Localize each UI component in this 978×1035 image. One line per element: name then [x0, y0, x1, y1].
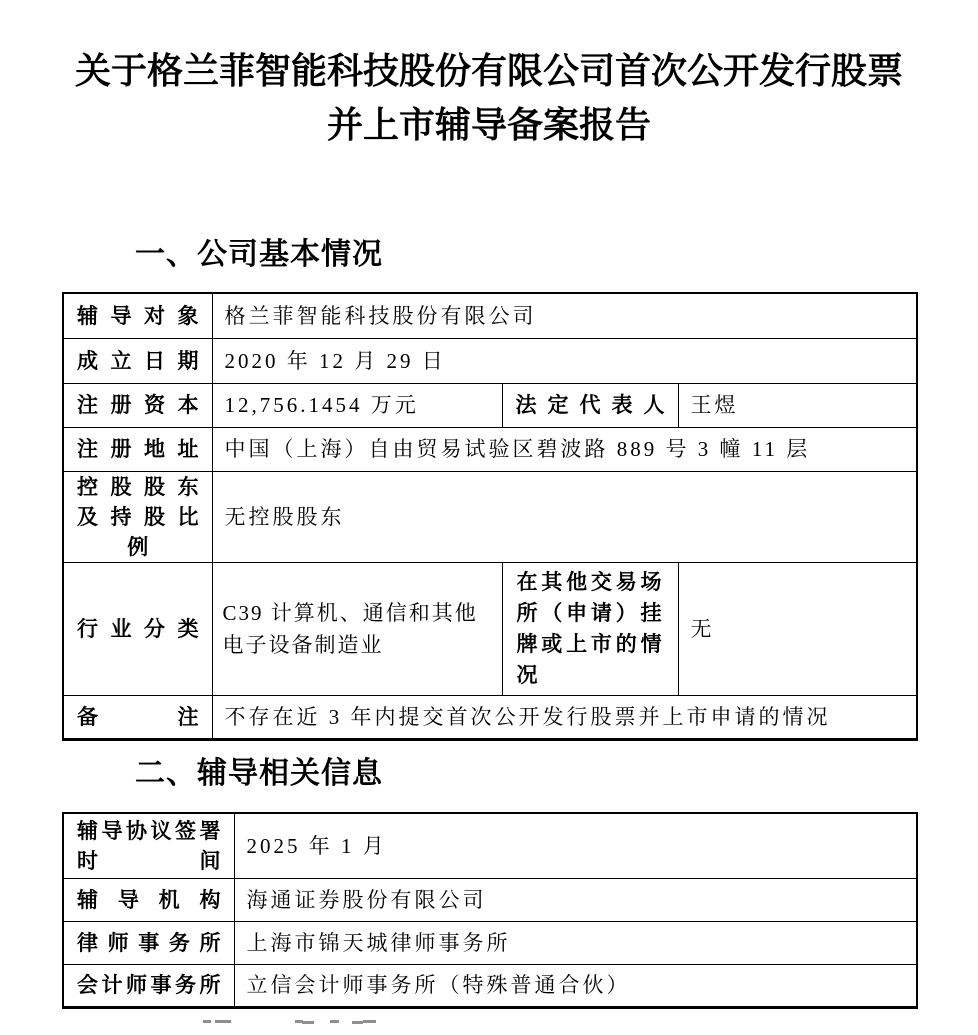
table-row-accounting-firm: 会计师事务所 立信会计师事务所（特殊普通合伙）	[63, 964, 917, 1007]
cell-value-remark: 不存在近 3 年内提交首次公开发行股票并上市申请的情况	[212, 695, 917, 739]
cell-value-counseling-target: 格兰菲智能科技股份有限公司	[212, 293, 917, 338]
label-text-line3: 例	[77, 532, 199, 562]
label-text-line2: 及持股比	[77, 502, 199, 532]
cell-value-other-listing: 无	[678, 562, 917, 695]
table-row-registered-address: 注册地址 中国（上海）自由贸易试验区碧波路 889 号 3 幢 11 层	[63, 427, 917, 471]
cell-label-industry: 行业分类	[63, 562, 212, 695]
cell-value-counseling-institution: 海通证券股份有限公司	[234, 878, 917, 921]
table-row-remark: 备注 不存在近 3 年内提交首次公开发行股票并上市申请的情况	[63, 695, 917, 739]
cutoff-text-fragment	[203, 1020, 211, 1023]
cell-label-counseling-institution: 辅导机构	[63, 878, 234, 921]
table-row-registered-capital: 注册资本 12,756.1454 万元 法定代表人 王煜	[63, 383, 917, 427]
cell-value-registered-capital: 12,756.1454 万元	[212, 383, 502, 427]
table-row-industry: 行业分类 C39 计算机、通信和其他电子设备制造业 在其他交易场所（申请）挂牌或…	[63, 562, 917, 695]
cell-label-registered-capital: 注册资本	[63, 383, 212, 427]
section2-heading: 二、辅导相关信息	[135, 757, 383, 791]
counseling-info-table: 辅导协议签署 时间 2025 年 1 月 辅导机构 海通证券股份有限公司 律师事…	[62, 812, 918, 1009]
cutoff-text-fragment	[330, 1020, 339, 1023]
label-text: 辅导对象	[77, 301, 199, 331]
cell-value-law-firm: 上海市锦天城律师事务所	[234, 921, 917, 964]
cutoff-text-fragment	[302, 1021, 314, 1024]
company-info-table: 辅导对象 格兰菲智能科技股份有限公司 成立日期 2020 年 12 月 29 日…	[62, 292, 918, 741]
cell-value-registered-address: 中国（上海）自由贸易试验区碧波路 889 号 3 幢 11 层	[212, 427, 917, 471]
document-title-line1: 关于格兰菲智能科技股份有限公司首次公开发行股票	[0, 44, 978, 98]
cutoff-text-fragment	[352, 1021, 363, 1024]
cell-label-registered-address: 注册地址	[63, 427, 212, 471]
document-page: 关于格兰菲智能科技股份有限公司首次公开发行股票 并上市辅导备案报告 一、公司基本…	[0, 0, 978, 1035]
table-row-law-firm: 律师事务所 上海市锦天城律师事务所	[63, 921, 917, 964]
cutoff-text-fragment	[215, 1020, 231, 1023]
label-text: 成立日期	[77, 346, 199, 376]
label-text-line2: 时间	[77, 846, 221, 876]
cutoff-text-fragment	[363, 1020, 376, 1023]
table-row-establish-date: 成立日期 2020 年 12 月 29 日	[63, 338, 917, 383]
cell-value-accounting-firm: 立信会计师事务所（特殊普通合伙）	[234, 964, 917, 1007]
table-row-counseling-target: 辅导对象 格兰菲智能科技股份有限公司	[63, 293, 917, 338]
cell-label-legal-representative: 法定代表人	[502, 383, 678, 427]
cell-value-legal-representative: 王煜	[678, 383, 917, 427]
label-text: 辅导机构	[77, 885, 221, 915]
table-row-counseling-institution: 辅导机构 海通证券股份有限公司	[63, 878, 917, 921]
cell-label-agreement-time: 辅导协议签署 时间	[63, 813, 234, 878]
cell-label-controlling-shareholder: 控股股东 及持股比 例	[63, 471, 212, 562]
label-text: 行业分类	[77, 614, 199, 644]
document-title: 关于格兰菲智能科技股份有限公司首次公开发行股票 并上市辅导备案报告	[0, 44, 978, 152]
label-text-line1: 控股股东	[77, 472, 199, 502]
cell-value-industry: C39 计算机、通信和其他电子设备制造业	[212, 562, 502, 695]
label-text: 会计师事务所	[77, 970, 221, 1000]
cell-value-agreement-time: 2025 年 1 月	[234, 813, 917, 878]
table-row-controlling-shareholder: 控股股东 及持股比 例 无控股股东	[63, 471, 917, 562]
label-text-line1: 辅导协议签署	[77, 816, 221, 846]
label-text: 备注	[77, 702, 199, 732]
document-title-line2: 并上市辅导备案报告	[0, 98, 978, 152]
cell-label-counseling-target: 辅导对象	[63, 293, 212, 338]
label-text: 律师事务所	[77, 928, 221, 958]
cell-label-other-listing: 在其他交易场所（申请）挂牌或上市的情况	[502, 562, 678, 695]
section1-heading: 一、公司基本情况	[135, 238, 383, 272]
label-text: 注册地址	[77, 434, 199, 464]
cell-label-accounting-firm: 会计师事务所	[63, 964, 234, 1007]
table-row-agreement-time: 辅导协议签署 时间 2025 年 1 月	[63, 813, 917, 878]
cell-label-establish-date: 成立日期	[63, 338, 212, 383]
cell-value-controlling-shareholder: 无控股股东	[212, 471, 917, 562]
label-text: 法定代表人	[516, 390, 665, 420]
cell-label-remark: 备注	[63, 695, 212, 739]
cell-value-establish-date: 2020 年 12 月 29 日	[212, 338, 917, 383]
label-text: 注册资本	[77, 390, 199, 420]
cell-label-law-firm: 律师事务所	[63, 921, 234, 964]
